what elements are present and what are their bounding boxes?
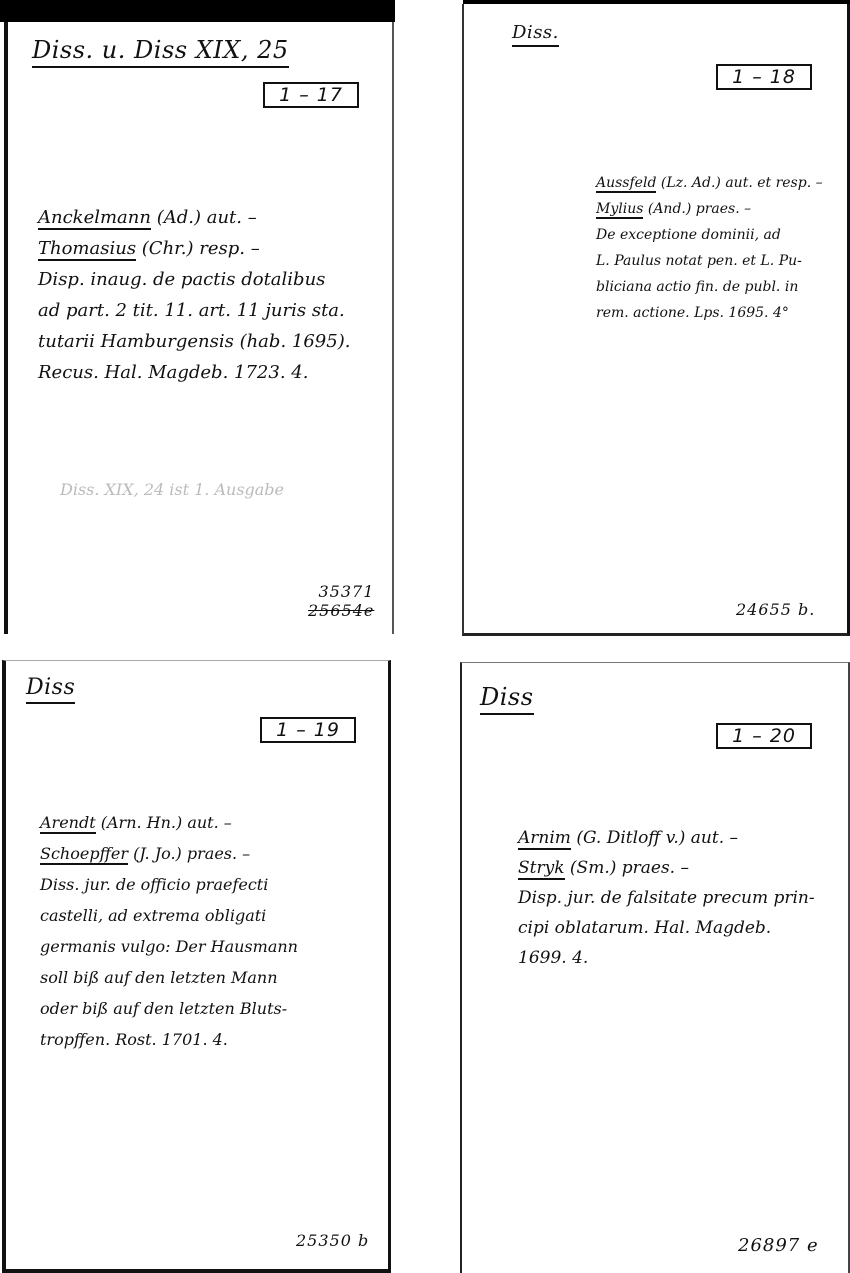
entry-text: 1699. 4. <box>518 948 588 968</box>
entry-line: tutarii Hamburgensis (hab. 1695). <box>38 326 350 357</box>
call-number-box: 1 – 18 <box>716 64 812 90</box>
entry-text: castelli, ad extrema obligati <box>40 906 266 925</box>
catalog-entry: Arendt (Arn. Hn.) aut. –Schoepffer (J. J… <box>40 807 298 1055</box>
catalog-entry: Anckelmann (Ad.) aut. –Thomasius (Chr.) … <box>38 202 350 388</box>
entry-line: Thomasius (Chr.) resp. – <box>38 233 350 264</box>
entry-line: Recus. Hal. Magdeb. 1723. 4. <box>38 357 350 388</box>
entry-line: 1699. 4. <box>518 943 815 973</box>
entry-line: cipi oblatarum. Hal. Magdeb. <box>518 913 815 943</box>
catalog-entry: Arnim (G. Ditloff v.) aut. –Stryk (Sm.) … <box>518 823 815 973</box>
entry-person-name: Arendt <box>40 813 96 834</box>
entry-text: rem. actione. Lps. 1695. 4° <box>596 305 789 321</box>
entry-text: soll biß auf den letzten Mann <box>40 968 278 987</box>
scan-border-top-left <box>0 0 395 22</box>
entry-text: bliciana actio fin. de publ. in <box>596 279 798 295</box>
entry-line: oder biß auf den letzten Bluts- <box>40 993 298 1024</box>
entry-text: (Chr.) resp. – <box>136 238 260 259</box>
catalog-card-1-20: Diss 1 – 20 Arnim (G. Ditloff v.) aut. –… <box>460 662 850 1273</box>
catalog-card-1-18: Diss. 1 – 18 Aussfeld (Lz. Ad.) aut. et … <box>462 4 850 636</box>
entry-line: bliciana actio fin. de publ. in <box>596 274 823 300</box>
entry-text: Disp. jur. de falsitate precum prin- <box>518 888 815 908</box>
entry-person-name: Arnim <box>518 828 571 850</box>
accession-number: 24655 b. <box>736 600 815 619</box>
entry-text: Diss. jur. de officio praefecti <box>40 875 268 894</box>
card-subject-heading: Diss <box>26 677 75 699</box>
catalog-card-1-19: Diss 1 – 19 Arendt (Arn. Hn.) aut. –Scho… <box>2 660 391 1273</box>
entry-line: Disp. inaug. de pactis dotalibus <box>38 264 350 295</box>
entry-person-name: Stryk <box>518 858 565 880</box>
card-subject-heading: Diss. <box>512 24 559 42</box>
entry-text: germanis vulgo: Der Hausmann <box>40 937 298 956</box>
accession-number: 35371 25654e <box>308 582 374 620</box>
entry-person-name: Aussfeld <box>596 175 656 193</box>
entry-text: cipi oblatarum. Hal. Magdeb. <box>518 918 771 938</box>
entry-line: Arendt (Arn. Hn.) aut. – <box>40 807 298 838</box>
entry-line: rem. actione. Lps. 1695. 4° <box>596 300 823 326</box>
entry-line: tropffen. Rost. 1701. 4. <box>40 1024 298 1055</box>
call-number-box: 1 – 17 <box>263 82 359 108</box>
entry-line: De exceptione dominii, ad <box>596 222 823 248</box>
entry-person-name: Schoepffer <box>40 844 128 865</box>
call-number-box: 1 – 19 <box>260 717 356 743</box>
entry-text: oder biß auf den letzten Bluts- <box>40 999 287 1018</box>
accession-number: 25350 b <box>296 1231 369 1250</box>
entry-line: ad part. 2 tit. 11. art. 11 juris sta. <box>38 295 350 326</box>
entry-text: (Ad.) aut. – <box>151 207 257 228</box>
call-number-box: 1 – 20 <box>716 723 812 749</box>
entry-text: ad part. 2 tit. 11. art. 11 juris sta. <box>38 300 345 321</box>
entry-line: Arnim (G. Ditloff v.) aut. – <box>518 823 815 853</box>
entry-person-name: Anckelmann <box>38 207 151 230</box>
pencil-note: Diss. XIX, 24 ist 1. Ausgabe <box>60 480 284 499</box>
entry-line: castelli, ad extrema obligati <box>40 900 298 931</box>
entry-line: Schoepffer (J. Jo.) praes. – <box>40 838 298 869</box>
entry-text: tutarii Hamburgensis (hab. 1695). <box>38 331 350 352</box>
accession-number-struck: 25654e <box>308 601 374 620</box>
catalog-entry: Aussfeld (Lz. Ad.) aut. et resp. –Mylius… <box>596 170 823 326</box>
entry-line: Diss. jur. de officio praefecti <box>40 869 298 900</box>
entry-text: tropffen. Rost. 1701. 4. <box>40 1030 228 1049</box>
entry-text: Recus. Hal. Magdeb. 1723. 4. <box>38 362 308 383</box>
entry-text: (Arn. Hn.) aut. – <box>96 813 232 832</box>
entry-line: Disp. jur. de falsitate precum prin- <box>518 883 815 913</box>
entry-line: Stryk (Sm.) praes. – <box>518 853 815 883</box>
entry-line: soll biß auf den letzten Mann <box>40 962 298 993</box>
entry-line: germanis vulgo: Der Hausmann <box>40 931 298 962</box>
entry-person-name: Thomasius <box>38 238 136 261</box>
entry-line: L. Paulus notat pen. et L. Pu- <box>596 248 823 274</box>
entry-person-name: Mylius <box>596 201 643 219</box>
catalog-card-1-17: Diss. u. Diss XIX, 25 1 – 17 Anckelmann … <box>4 22 394 634</box>
accession-number: 26897 e <box>738 1235 819 1256</box>
card-subject-heading: Diss. u. Diss XIX, 25 <box>32 38 289 62</box>
entry-line: Mylius (And.) praes. – <box>596 196 823 222</box>
card-subject-heading: Diss <box>480 685 534 709</box>
entry-text: De exceptione dominii, ad <box>596 227 781 243</box>
entry-text: (J. Jo.) praes. – <box>128 844 250 863</box>
entry-text: (Sm.) praes. – <box>565 858 689 878</box>
entry-line: Anckelmann (Ad.) aut. – <box>38 202 350 233</box>
entry-text: Disp. inaug. de pactis dotalibus <box>38 269 325 290</box>
entry-text: L. Paulus notat pen. et L. Pu- <box>596 253 802 269</box>
entry-text: (Lz. Ad.) aut. et resp. – <box>656 175 822 191</box>
entry-line: Aussfeld (Lz. Ad.) aut. et resp. – <box>596 170 823 196</box>
entry-text: (And.) praes. – <box>643 201 751 217</box>
entry-text: (G. Ditloff v.) aut. – <box>571 828 738 848</box>
